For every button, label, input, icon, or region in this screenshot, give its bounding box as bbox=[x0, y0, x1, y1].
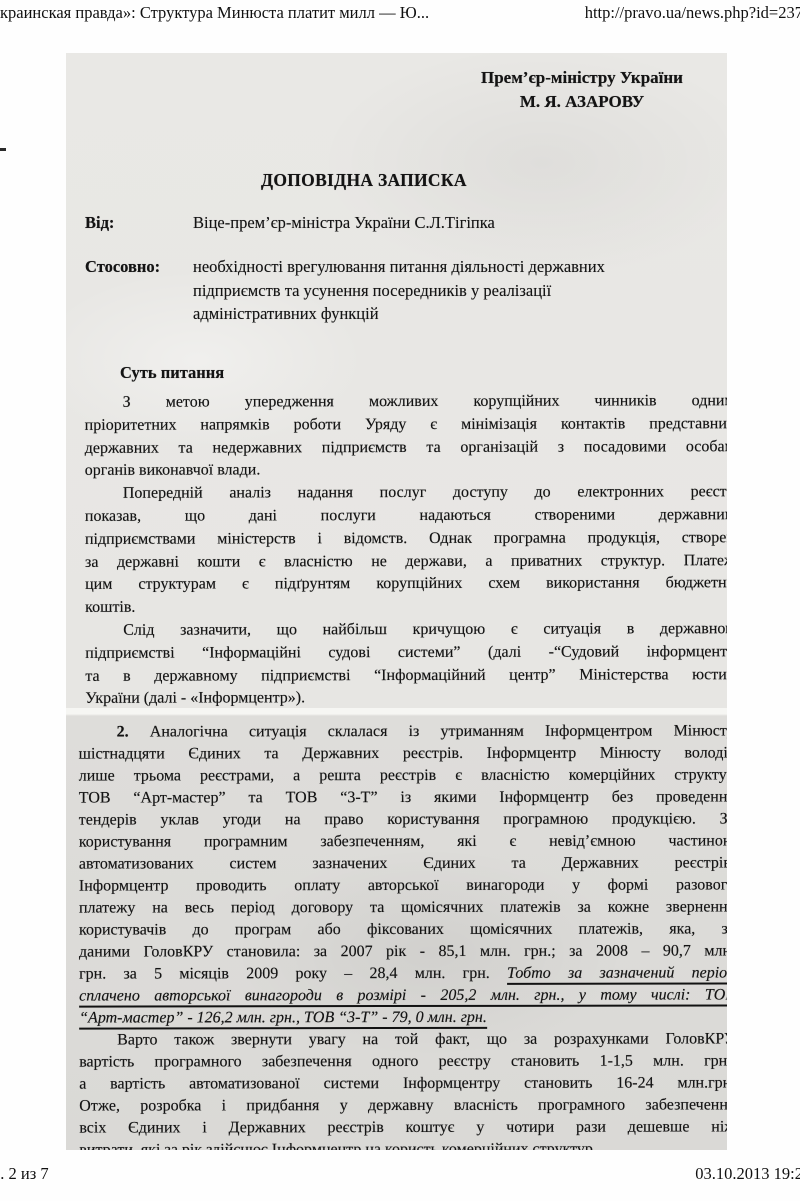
text-segment: користувачів до програм або фіксованих щ… bbox=[79, 920, 727, 938]
body-line: Слід зазначити, що найбільш кричущою є с… bbox=[85, 618, 727, 642]
body-line: грн. за 5 місяців 2009 року – 28,4 млн. … bbox=[79, 962, 727, 985]
memo-body-upper: З метою упередження можливих корупційних… bbox=[85, 390, 727, 711]
text-segment: України (далі - «Інформцентр»). bbox=[85, 690, 305, 708]
from-row: Від:Віце-прем’єр-міністра України С.Л.Ті… bbox=[85, 211, 725, 235]
text-segment: Аналогічна ситуація склалася із утриманн… bbox=[129, 722, 727, 740]
text-segment: підприємствами міністерств і відомств. О… bbox=[85, 529, 727, 548]
underlined-italic-text: Тобто за зазначений період bbox=[507, 964, 727, 984]
text-segment: грн. за 5 місяців 2009 року – 28,4 млн. … bbox=[79, 965, 507, 983]
text-segment: Отже, розробка і придбання у державну вл… bbox=[79, 1096, 727, 1114]
text-segment: шістнадцяти Єдиних та Державних реєстрів… bbox=[79, 744, 727, 762]
text-segment: З метою упередження можливих корупційних… bbox=[123, 392, 727, 411]
text-segment: за державні кошти є власністю не держави… bbox=[85, 552, 727, 571]
body-line: органів виконавчої влади. bbox=[85, 459, 727, 483]
body-line: даними ГоловКРУ становила: за 2007 рік -… bbox=[79, 940, 727, 963]
body-line: сплачено авторської винагороди в розмірі… bbox=[79, 984, 727, 1007]
body-line: підприємствами міністерств і відомств. О… bbox=[85, 527, 727, 551]
text-segment: Інформцентр проводить оплату авторської … bbox=[79, 876, 727, 894]
body-line: З метою упередження можливих корупційних… bbox=[85, 390, 727, 414]
text-segment: автоматизованих систем зазначених Єдиних… bbox=[79, 854, 727, 872]
text-segment: вартість програмного забезпечення одного… bbox=[79, 1052, 727, 1070]
body-line: показав, що дані послуги надаються створ… bbox=[85, 504, 727, 528]
body-line: Попередній аналіз надання послуг доступу… bbox=[85, 481, 727, 505]
body-line: Отже, розробка і придбання у державну вл… bbox=[79, 1094, 727, 1117]
body-line: тендерів уклав угоди на право користуван… bbox=[79, 808, 727, 831]
body-line: користування програмним забезпеченням, я… bbox=[79, 830, 727, 853]
text-segment: та в державному підприємстві “Інформацій… bbox=[85, 666, 727, 685]
text-segment: підприємстві “Інформаційні судові систем… bbox=[85, 643, 727, 662]
text-segment: користування програмним забезпеченням, я… bbox=[79, 832, 727, 850]
body-line: лише трьома реєстрами, а решта реєстрів … bbox=[79, 764, 727, 787]
subject-line: адміністративних функцій bbox=[193, 302, 633, 326]
text-segment: показав, що дані послуги надаються створ… bbox=[85, 506, 727, 525]
print-footer-page-number: о. 2 из 7 bbox=[0, 1164, 49, 1184]
body-line: цим структурам є підґрунтям корупційних … bbox=[85, 573, 727, 597]
body-line: ТОВ “Арт-мастер” та ТОВ “3-Т” із якими І… bbox=[79, 786, 727, 809]
scan-artifact-dash bbox=[0, 148, 6, 151]
scanned-document-page: Прем’єр-міністру України М. Я. АЗАРОВУ Д… bbox=[66, 53, 727, 1150]
text-segment: всіх Єдиних і Державних реєстрів коштує … bbox=[79, 1118, 727, 1136]
text-segment: Варто також звернути увагу на той факт, … bbox=[117, 1030, 727, 1048]
text-segment: Попередній аналіз надання послуг доступу… bbox=[123, 483, 727, 502]
text-segment: ТОВ “Арт-мастер” та ТОВ “3-Т” із якими І… bbox=[79, 788, 727, 806]
body-line: Інформцентр проводить оплату авторської … bbox=[79, 874, 727, 897]
text-segment: даними ГоловКРУ становила: за 2007 рік -… bbox=[79, 942, 727, 960]
memo-body-lower: 2. Аналогічна ситуація склалася із утрим… bbox=[79, 720, 727, 1150]
addressee-block: Прем’єр-міністру України М. Я. АЗАРОВУ bbox=[451, 66, 713, 114]
from-label: Від: bbox=[85, 211, 193, 235]
subject-line: підприємств та усунення посередників у р… bbox=[193, 279, 633, 303]
body-line: користувачів до програм або фіксованих щ… bbox=[79, 918, 727, 941]
text-segment: тендерів уклав угоди на право користуван… bbox=[79, 810, 727, 828]
section-heading: Суть питання bbox=[120, 363, 224, 383]
body-line: автоматизованих систем зазначених Єдиних… bbox=[79, 852, 727, 875]
subject-row: Стосовно:необхідності врегулювання питан… bbox=[85, 255, 725, 326]
subject-line: необхідності врегулювання питання діяльн… bbox=[193, 255, 633, 279]
text-segment: Слід зазначити, що найбільш кричущою є с… bbox=[123, 620, 727, 639]
text-segment: цим структурам є підґрунтям корупційних … bbox=[85, 575, 727, 594]
body-line: вартість програмного забезпечення одного… bbox=[79, 1050, 727, 1073]
body-line: “Арт-мастер” - 126,2 млн. грн., ТОВ “3-Т… bbox=[79, 1006, 727, 1029]
text-segment: витрати, які за рік здійснює Інформцентр… bbox=[79, 1141, 593, 1150]
text-segment: платежу на весь період договору та щоміс… bbox=[79, 898, 727, 916]
underlined-italic-text: “Арт-мастер” - 126,2 млн. грн., ТОВ “3-Т… bbox=[79, 1009, 487, 1030]
addressee-line: М. Я. АЗАРОВУ bbox=[451, 90, 713, 114]
body-line: за державні кошти є власністю не держави… bbox=[85, 550, 727, 574]
subject-value: необхідності врегулювання питання діяльн… bbox=[193, 255, 633, 326]
memo-title: ДОПОВІДНА ЗАПИСКА bbox=[261, 170, 467, 191]
text-segment: коштів. bbox=[85, 599, 135, 616]
text-segment: органів виконавчої влади. bbox=[85, 462, 261, 479]
body-line: шістнадцяти Єдиних та Державних реєстрів… bbox=[79, 742, 727, 765]
text-segment: лише трьома реєстрами, а решта реєстрів … bbox=[79, 766, 727, 784]
body-line: 2. Аналогічна ситуація склалася із утрим… bbox=[79, 720, 727, 743]
print-header-title: краинская правда»: Структура Минюста пла… bbox=[0, 3, 429, 23]
body-line: та в державному підприємстві “Інформацій… bbox=[85, 664, 727, 688]
text-segment: а вартість автоматизованої системи Інфор… bbox=[79, 1074, 727, 1092]
from-value: Віце-прем’єр-міністра України С.Л.Тігіпк… bbox=[193, 211, 633, 235]
print-footer-datetime: 03.10.2013 19:2 bbox=[695, 1164, 800, 1184]
body-line: Варто також звернути увагу на той факт, … bbox=[79, 1028, 727, 1051]
body-line: пріоритетних напрямків роботи Уряду є мі… bbox=[85, 413, 727, 437]
print-header-url: http://pravo.ua/news.php?id=237 bbox=[585, 3, 800, 23]
body-line: державних та недержавних підприємств та … bbox=[85, 436, 727, 460]
body-line: а вартість автоматизованої системи Інфор… bbox=[79, 1072, 727, 1095]
body-line: всіх Єдиних і Державних реєстрів коштує … bbox=[79, 1116, 727, 1139]
scan-seam bbox=[66, 708, 727, 714]
printed-page: { "print_header": { "left": "краинская п… bbox=[0, 0, 800, 1201]
body-line: підприємстві “Інформаційні судові систем… bbox=[85, 641, 727, 665]
text-segment: 2. bbox=[117, 723, 129, 740]
text-segment: державних та недержавних підприємств та … bbox=[85, 438, 727, 457]
addressee-line: Прем’єр-міністру України bbox=[451, 66, 713, 90]
text-segment: пріоритетних напрямків роботи Уряду є мі… bbox=[85, 415, 727, 434]
body-line: коштів. bbox=[85, 595, 727, 619]
subject-label: Стосовно: bbox=[85, 255, 193, 279]
underlined-italic-text: сплачено авторської винагороди в розмірі… bbox=[79, 986, 727, 1007]
body-line: витрати, які за рік здійснює Інформцентр… bbox=[79, 1138, 727, 1150]
body-line: платежу на весь період договору та щоміс… bbox=[79, 896, 727, 919]
